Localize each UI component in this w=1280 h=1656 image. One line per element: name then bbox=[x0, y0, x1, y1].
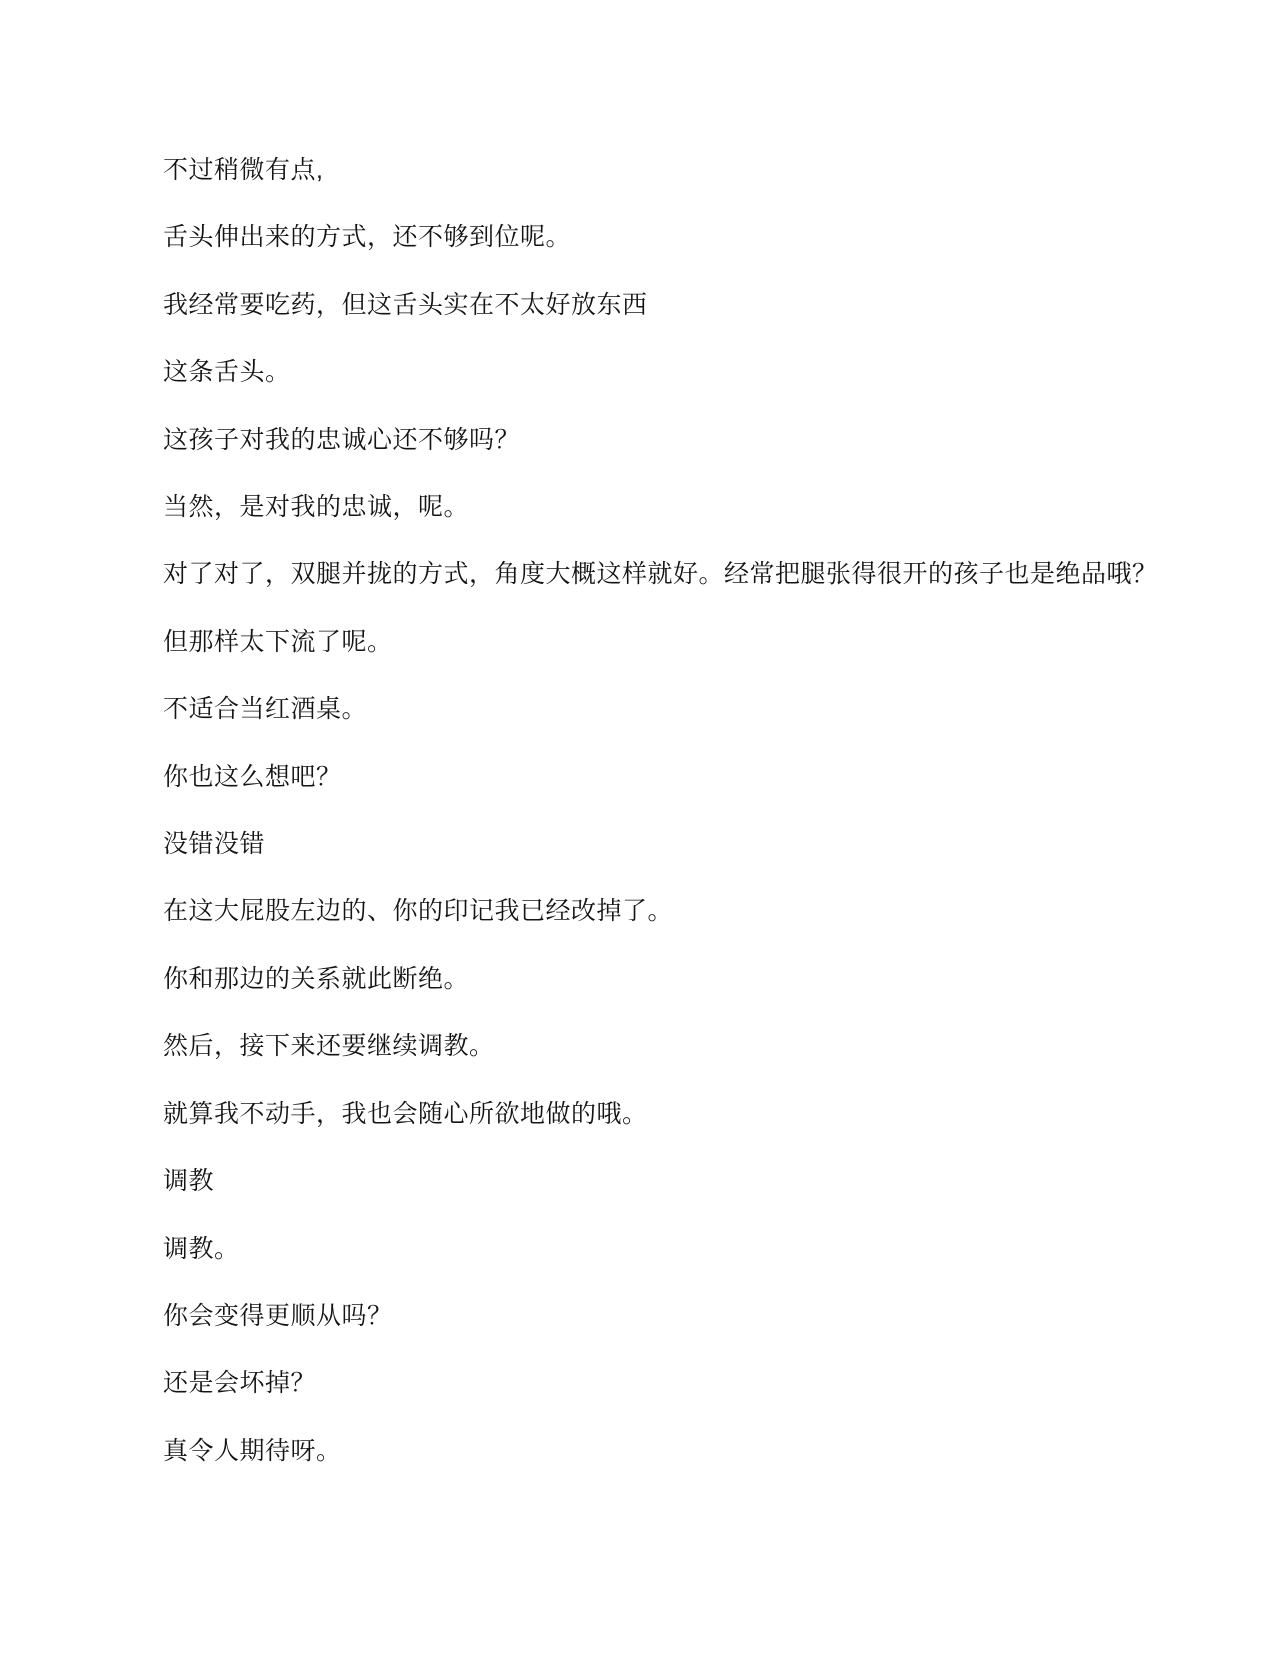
text-line: 没错没错 bbox=[163, 811, 1190, 878]
text-line: 但那样太下流了呢。 bbox=[163, 609, 1190, 676]
text-line: 真令人期待呀。 bbox=[163, 1418, 1190, 1485]
text-line: 就算我不动手，我也会随心所欲地做的哦。 bbox=[163, 1081, 1190, 1148]
text-line: 当然，是对我的忠诚，呢。 bbox=[163, 474, 1190, 541]
text-line: 我经常要吃药，但这舌头实在不太好放东西 bbox=[163, 272, 1190, 339]
text-line: 这条舌头。 bbox=[163, 339, 1190, 406]
text-line: 舌头伸出来的方式，还不够到位呢。 bbox=[163, 204, 1190, 271]
text-line: 在这大屁股左边的、你的印记我已经改掉了。 bbox=[163, 878, 1190, 945]
text-line: 你和那边的关系就此断绝。 bbox=[163, 946, 1190, 1013]
text-line: 你也这么想吧？ bbox=[163, 744, 1190, 811]
text-line: 你会变得更顺从吗？ bbox=[163, 1283, 1190, 1350]
document-page: 不过稍微有点, 舌头伸出来的方式，还不够到位呢。 我经常要吃药，但这舌头实在不太… bbox=[0, 0, 1280, 1656]
text-line: 这孩子对我的忠诚心还不够吗？ bbox=[163, 407, 1190, 474]
text-line: 调教 bbox=[163, 1148, 1190, 1215]
text-line: 不过稍微有点, bbox=[163, 137, 1190, 204]
text-line: 调教。 bbox=[163, 1216, 1190, 1283]
text-line: 不适合当红酒桌。 bbox=[163, 676, 1190, 743]
text-line: 还是会坏掉？ bbox=[163, 1350, 1190, 1417]
text-line: 然后，接下来还要继续调教。 bbox=[163, 1013, 1190, 1080]
text-line: 对了对了，双腿并拢的方式，角度大概这样就好。经常把腿张得很开的孩子也是绝品哦？ bbox=[163, 541, 1190, 608]
